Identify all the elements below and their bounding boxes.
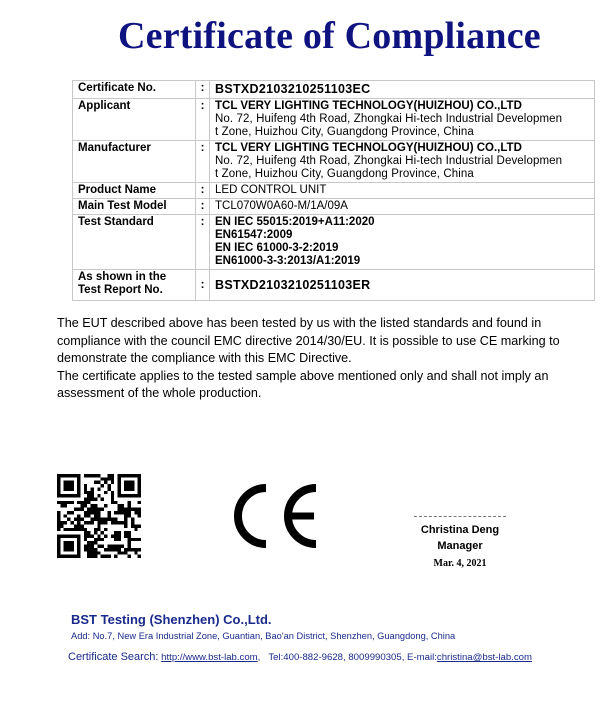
- manufacturer-address-line: No. 72, Huifeng 4th Road, Zhongkai Hi-te…: [215, 155, 589, 168]
- telephone: Tel:400-882-9628, 8009990305,: [268, 652, 404, 663]
- test-standard-item: EN61547:2009: [215, 229, 589, 242]
- colon: :: [196, 81, 210, 99]
- statement-paragraph: The certificate applies to the tested sa…: [57, 368, 582, 403]
- manufacturer-name: TCL VERY LIGHTING TECHNOLOGY(HUIZHOU) CO…: [215, 142, 589, 155]
- colon: :: [196, 141, 210, 183]
- certificate-info-table: Certificate No. : BSTXD2103210251103EC A…: [72, 80, 595, 301]
- issuer-address: Add: No.7, New Era Industrial Zone, Guan…: [71, 631, 455, 641]
- colon: :: [196, 270, 210, 301]
- compliance-statement: The EUT described above has been tested …: [57, 315, 582, 403]
- value-manufacturer: TCL VERY LIGHTING TECHNOLOGY(HUIZHOU) CO…: [210, 141, 595, 183]
- signatory-name: Christina Deng: [405, 523, 515, 538]
- label-product-name: Product Name: [73, 183, 196, 199]
- email-link[interactable]: christina@bst-lab.com: [437, 652, 532, 663]
- label-applicant: Applicant: [73, 99, 196, 141]
- row-test-report-no: As shown in the Test Report No. : BSTXD2…: [73, 270, 595, 301]
- applicant-address-line: t Zone, Huizhou City, Guangdong Province…: [215, 126, 589, 139]
- row-main-test-model: Main Test Model : TCL070W0A60-M/1A/09A: [73, 199, 595, 215]
- row-test-standard: Test Standard : EN IEC 55015:2019+A11:20…: [73, 215, 595, 270]
- website-link[interactable]: http://www.bst-lab.com: [161, 652, 258, 663]
- signature-line: [414, 516, 506, 517]
- colon: :: [196, 183, 210, 199]
- test-standard-item: EN IEC 61000-3-2:2019: [215, 242, 589, 255]
- row-product-name: Product Name : LED CONTROL UNIT: [73, 183, 595, 199]
- issuer-contact: Certificate Search: http://www.bst-lab.c…: [68, 651, 532, 663]
- manufacturer-address-line: t Zone, Huizhou City, Guangdong Province…: [215, 168, 589, 181]
- applicant-name: TCL VERY LIGHTING TECHNOLOGY(HUIZHOU) CO…: [215, 100, 589, 113]
- row-certificate-no: Certificate No. : BSTXD2103210251103EC: [73, 81, 595, 99]
- colon: :: [196, 199, 210, 215]
- colon: :: [196, 215, 210, 270]
- email-label: E-mail:: [407, 652, 437, 663]
- value-test-standard: EN IEC 55015:2019+A11:2020 EN61547:2009 …: [210, 215, 595, 270]
- applicant-address-line: No. 72, Huifeng 4th Road, Zhongkai Hi-te…: [215, 113, 589, 126]
- row-applicant: Applicant : TCL VERY LIGHTING TECHNOLOGY…: [73, 99, 595, 141]
- colon: :: [196, 99, 210, 141]
- value-applicant: TCL VERY LIGHTING TECHNOLOGY(HUIZHOU) CO…: [210, 99, 595, 141]
- signature-block: Christina Deng Manager Mar. 4, 2021: [405, 516, 515, 572]
- certificate-search-label: Certificate Search:: [68, 651, 158, 663]
- row-manufacturer: Manufacturer : TCL VERY LIGHTING TECHNOL…: [73, 141, 595, 183]
- label-manufacturer: Manufacturer: [73, 141, 196, 183]
- value-main-test-model: TCL070W0A60-M/1A/09A: [210, 199, 595, 215]
- issuer-company: BST Testing (Shenzhen) Co.,Ltd.: [71, 612, 272, 627]
- label-main-test-model: Main Test Model: [73, 199, 196, 215]
- value-certificate-no: BSTXD2103210251103EC: [210, 81, 595, 99]
- label-test-standard: Test Standard: [73, 215, 196, 270]
- ce-mark-icon: [224, 478, 324, 554]
- value-product-name: LED CONTROL UNIT: [210, 183, 595, 199]
- label-certificate-no: Certificate No.: [73, 81, 196, 99]
- signature-date: Mar. 4, 2021: [405, 555, 515, 572]
- value-test-report-no: BSTXD2103210251103ER: [210, 270, 595, 301]
- statement-paragraph: The EUT described above has been tested …: [57, 315, 582, 368]
- test-standard-item: EN61000-3-3:2013/A1:2019: [215, 255, 589, 268]
- test-standard-item: EN IEC 55015:2019+A11:2020: [215, 216, 589, 229]
- signatory-role: Manager: [405, 538, 515, 555]
- page-title: Certificate of Compliance: [118, 14, 541, 58]
- qr-code-icon: [57, 474, 141, 558]
- label-test-report-no: As shown in the Test Report No.: [73, 270, 196, 301]
